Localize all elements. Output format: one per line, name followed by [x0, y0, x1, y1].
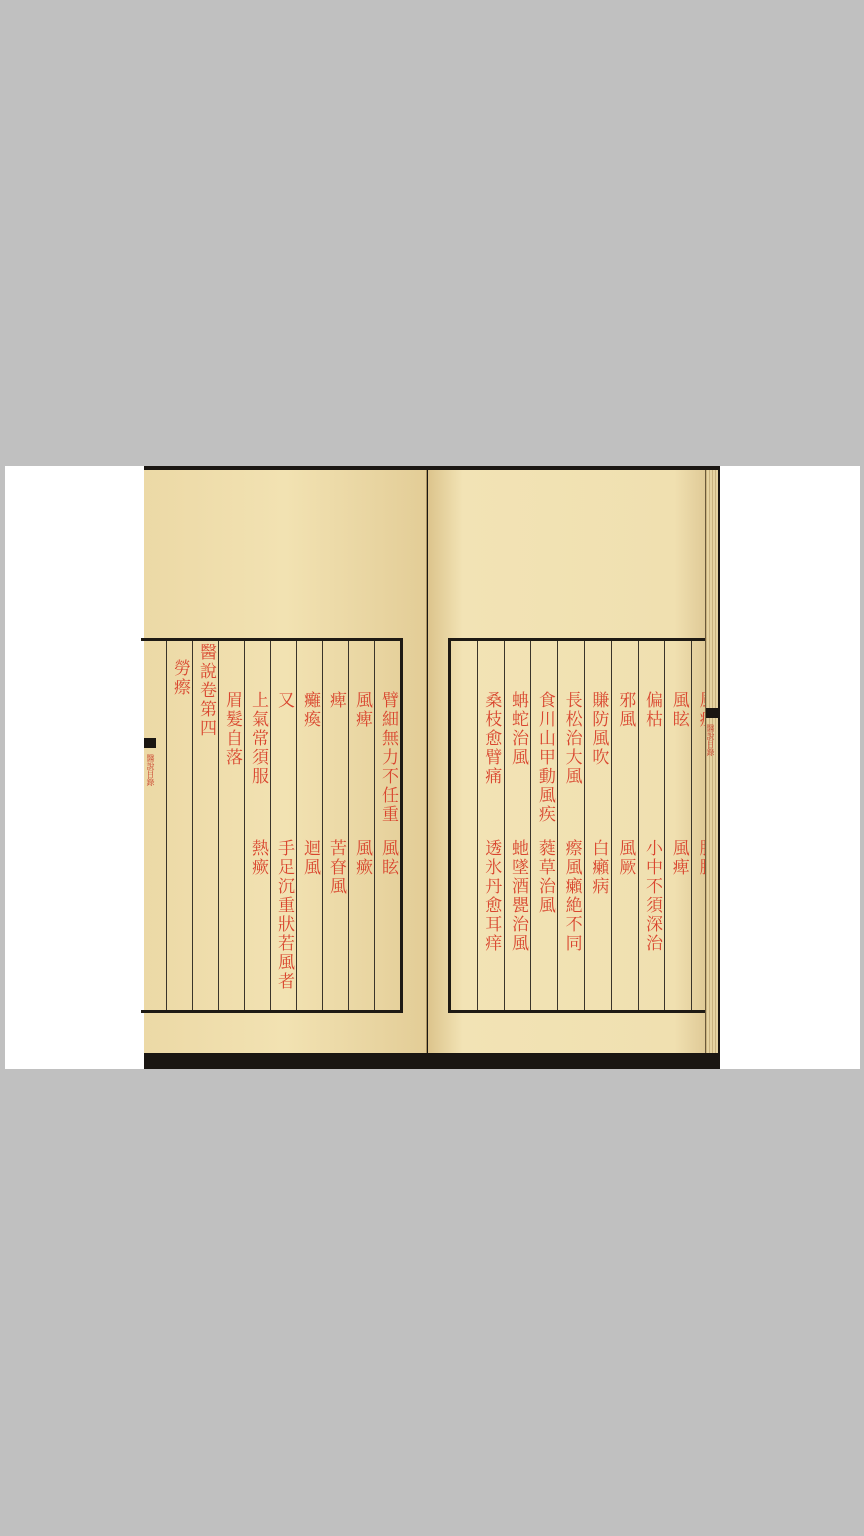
book-scan: 臂細無力不任重風眩風痺風瘚痺苦眘風癱瘓迴風又手足沉重狀若風者上氣常須服熱瘚眉髮自…	[144, 466, 720, 1069]
text-column: 食川山甲動風疾蕤草治風	[530, 641, 557, 1010]
right-page: 風痓腲腿風眩風痺偏枯小中不須深治邪風風厥賺防風吹白癩病長松治大風瘵風癩絶不同食川…	[428, 470, 718, 1053]
text-column: 風痺風瘚	[348, 641, 374, 1010]
text-column: 桑枝愈臂痛透氷丹愈耳痒	[477, 641, 504, 1010]
entry-upper: 醫說卷第四	[197, 643, 214, 738]
right-page-edge	[705, 470, 718, 1053]
right-page-border: 風痓腲腿風眩風痺偏枯小中不須深治邪風風厥賺防風吹白癩病長松治大風瘵風癩絶不同食川…	[448, 638, 718, 1013]
left-page: 臂細無力不任重風眩風痺風瘚痺苦眘風癱瘓迴風又手足沉重狀若風者上氣常須服熱瘚眉髮自…	[144, 470, 427, 1053]
text-column: 又手足沉重狀若風者	[270, 641, 296, 1010]
entry-lower: 風厥	[616, 839, 633, 877]
entry-upper: 蚺蛇治風	[509, 691, 526, 767]
text-column: 勞瘵	[166, 641, 192, 1010]
entry-lower: 風眩	[379, 839, 396, 877]
entry-upper: 邪風	[616, 691, 633, 729]
entry-lower: 風痺	[670, 839, 687, 877]
left-page-border: 臂細無力不任重風眩風痺風瘚痺苦眘風癱瘓迴風又手足沉重狀若風者上氣常須服熱瘚眉髮自…	[141, 638, 403, 1013]
entry-upper: 上氣常須服	[249, 691, 266, 786]
text-column: 邪風風厥	[611, 641, 638, 1010]
entry-lower: 瘵風癩絶不同	[563, 839, 580, 953]
entry-upper: 又	[275, 691, 292, 710]
text-column: 偏枯小中不須深治	[638, 641, 665, 1010]
entry-lower: 蕤草治風	[536, 839, 553, 915]
left-edge-label: 醫說目錄	[145, 754, 156, 786]
text-column: 長松治大風瘵風癩絶不同	[557, 641, 584, 1010]
text-column: 癱瘓迴風	[296, 641, 322, 1010]
text-column: 醫說卷第四	[192, 641, 218, 1010]
entry-lower: 手足沉重狀若風者	[275, 839, 292, 991]
text-column: 眉髮自落	[218, 641, 244, 1010]
entry-lower: 虵墜酒甖治風	[509, 839, 526, 953]
entry-lower: 迴風	[301, 839, 318, 877]
text-column	[141, 641, 166, 1010]
entry-upper: 賺防風吹	[589, 691, 606, 767]
entry-upper: 眉髮自落	[223, 691, 240, 767]
text-column	[451, 641, 477, 1010]
entry-upper: 食川山甲動風疾	[536, 691, 553, 824]
text-column: 賺防風吹白癩病	[584, 641, 611, 1010]
entry-lower: 小中不須深治	[643, 839, 660, 953]
entry-lower: 熱瘚	[249, 839, 266, 877]
entry-upper: 癱瘓	[301, 691, 318, 729]
text-column: 痺苦眘風	[322, 641, 348, 1010]
right-fold-tab	[706, 708, 718, 718]
text-column: 臂細無力不任重風眩	[374, 641, 400, 1010]
entry-lower: 風瘚	[353, 839, 370, 877]
entry-lower: 透氷丹愈耳痒	[482, 839, 499, 953]
entry-upper: 長松治大風	[563, 691, 580, 786]
left-fold-tab	[144, 738, 156, 748]
entry-upper: 風痺	[353, 691, 370, 729]
text-column: 風眩風痺	[664, 641, 691, 1010]
text-column: 蚺蛇治風虵墜酒甖治風	[504, 641, 531, 1010]
entry-upper: 風眩	[670, 691, 687, 729]
entry-upper: 桑枝愈臂痛	[482, 691, 499, 786]
entry-upper: 臂細無力不任重	[379, 691, 396, 824]
entry-upper: 痺	[327, 691, 344, 710]
entry-upper: 勞瘵	[171, 659, 188, 697]
text-column: 上氣常須服熱瘚	[244, 641, 270, 1010]
entry-lower: 白癩病	[589, 839, 606, 896]
entry-upper: 偏枯	[643, 691, 660, 729]
entry-lower: 苦眘風	[327, 839, 344, 896]
right-edge-label: 醫說目錄	[705, 724, 716, 756]
